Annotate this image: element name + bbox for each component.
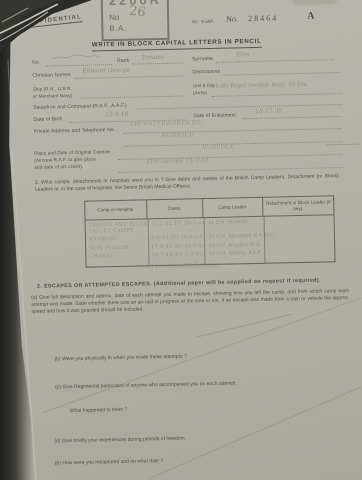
pencil-crossout-lines: [0, 0, 362, 480]
page-edge-highlights: [0, 0, 50, 480]
document-photo: CONFIDENTIAL 2200R No 26 B.A. M.I. 9/JAP…: [0, 0, 362, 480]
photo-corner-binding: [0, 0, 100, 56]
